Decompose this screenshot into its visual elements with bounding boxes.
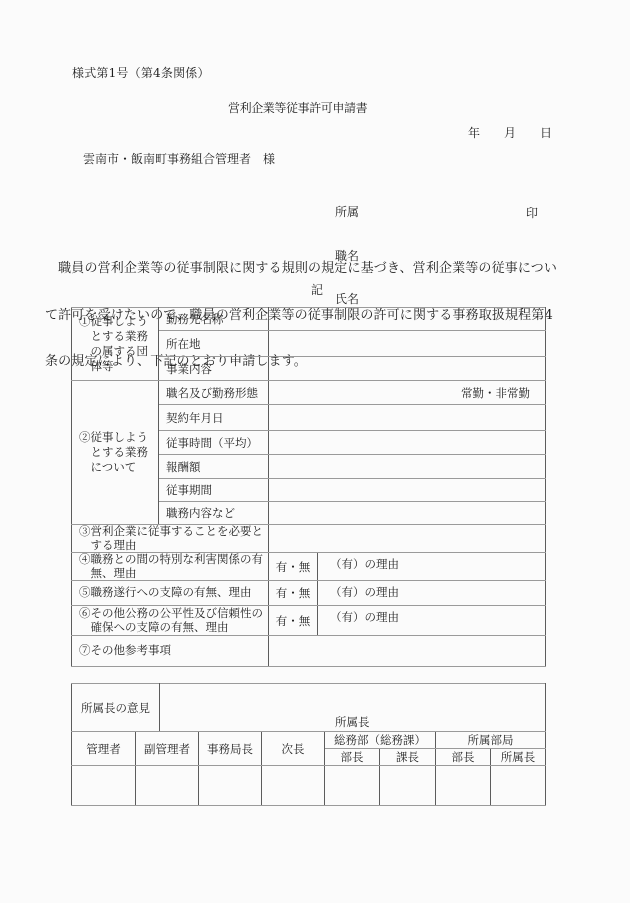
row6-line2: 確保への支障の有無、理由 bbox=[79, 621, 268, 635]
group1-line2: とする業務 bbox=[79, 329, 158, 344]
row6-label-cell: ⑥その他公務の公平性及び信頼性の 確保への支障の有無、理由 bbox=[72, 606, 269, 636]
contract-date-input-cell bbox=[269, 405, 546, 431]
sign-cell-ga-kacho bbox=[380, 766, 436, 806]
engagement-period-input-cell bbox=[269, 479, 546, 502]
group2-line2: とする業務 bbox=[79, 445, 158, 460]
list-heading: 記 bbox=[311, 281, 323, 298]
supervisor-sign-label: 所属長 bbox=[335, 715, 370, 729]
group2-line3: について bbox=[79, 460, 158, 475]
row6-line1: ⑥その他公務の公平性及び信頼性の bbox=[79, 607, 268, 621]
engagement-period-label: 従事期間 bbox=[159, 479, 269, 502]
remuneration-label: 報酬額 bbox=[159, 455, 269, 479]
contract-date-label: 契約年月日 bbox=[159, 405, 269, 431]
duties-input-cell bbox=[269, 502, 546, 525]
row6-yes-no-choice: 有・無 bbox=[269, 606, 318, 636]
location-input-cell bbox=[269, 331, 546, 357]
sign-cell-vice-chief bbox=[262, 766, 325, 806]
header-ga-bucho: 部長 bbox=[325, 749, 380, 766]
header-manager: 管理者 bbox=[72, 732, 136, 766]
group1-label-cell: ①従事しよう とする業務 の属する団 体等 bbox=[72, 308, 159, 381]
work-hours-label: 従事時間（平均） bbox=[159, 431, 269, 455]
header-general-affairs: 総務部（総務課） bbox=[325, 732, 436, 749]
group1-line4: 体等 bbox=[79, 359, 158, 374]
group1-line1: ①従事しよう bbox=[79, 314, 158, 329]
header-vice-chief: 次長 bbox=[262, 732, 325, 766]
date-line: 年 月 日 bbox=[468, 124, 552, 141]
row4-label-cell: ④職務との間の特別な利害関係の有 無、理由 bbox=[72, 553, 269, 581]
header-own-bureau: 所属部局 bbox=[436, 732, 546, 749]
application-form-page: 様式第1号（第4条関係） 営利企業等従事許可申請書 年 月 日 雲南市・飯南町事… bbox=[0, 0, 630, 903]
workplace-name-input-cell bbox=[269, 308, 546, 331]
row7-label-cell: ⑦その他参考事項 bbox=[72, 636, 269, 667]
row3-line1: ③営利企業に従事することを必要と bbox=[79, 525, 268, 539]
row6-reason-cell: （有）の理由 bbox=[318, 606, 546, 636]
header-ob-shozokucho: 所属長 bbox=[491, 749, 546, 766]
seal-mark: 印 bbox=[526, 204, 538, 221]
sign-cell-manager bbox=[72, 766, 136, 806]
row4-line1: ④職務との間の特別な利害関係の有 bbox=[79, 553, 268, 567]
row4-line2: 無、理由 bbox=[79, 567, 268, 581]
remuneration-input-cell bbox=[269, 455, 546, 479]
row5-label-cell: ⑤職務遂行への支障の有無、理由 bbox=[72, 581, 269, 606]
necessity-reason-input-cell bbox=[269, 525, 546, 553]
row5-yes-no-choice: 有・無 bbox=[269, 581, 318, 606]
jobtitle-worktype-label: 職名及び勤務形態 bbox=[159, 381, 269, 405]
other-remarks-input-cell bbox=[269, 636, 546, 667]
location-label: 所在地 bbox=[159, 331, 269, 357]
header-secretary-general: 事務局長 bbox=[199, 732, 262, 766]
sign-cell-ga-bucho bbox=[325, 766, 380, 806]
body-line-1: 職員の営利企業等の従事制限に関する規則の規定に基づき、営利企業等の従事につい bbox=[45, 261, 565, 277]
addressee: 雲南市・飯南町事務組合管理者 様 bbox=[83, 150, 275, 167]
header-ob-bucho: 部長 bbox=[436, 749, 491, 766]
application-details-table: ①従事しよう とする業務 の属する団 体等 勤務先名称 所在地 事業内容 ②従事… bbox=[71, 307, 546, 667]
duties-label: 職務内容など bbox=[159, 502, 269, 525]
header-ga-kacho: 課長 bbox=[380, 749, 436, 766]
supervisor-opinion-input-cell: 所属長 bbox=[160, 684, 546, 732]
row4-yes-no-choice: 有・無 bbox=[269, 553, 318, 581]
form-number: 様式第1号（第4条関係） bbox=[72, 64, 210, 81]
sign-cell-ob-shozokucho bbox=[491, 766, 546, 806]
row4-reason-cell: （有）の理由 bbox=[318, 553, 546, 581]
sign-cell-deputy-manager bbox=[136, 766, 199, 806]
row3-line2: する理由 bbox=[79, 539, 268, 553]
group2-label-cell: ②従事しよう とする業務 について bbox=[72, 381, 159, 525]
supervisor-opinion-label: 所属長の意見 bbox=[72, 684, 160, 732]
sign-cell-secretary-general bbox=[199, 766, 262, 806]
group1-line3: の属する団 bbox=[79, 344, 158, 359]
workplace-name-label: 勤務先名称 bbox=[159, 308, 269, 331]
group2-line1: ②従事しよう bbox=[79, 430, 158, 445]
row3-label-cell: ③営利企業に従事することを必要と する理由 bbox=[72, 525, 269, 553]
worktype-choice: 常勤・非常勤 bbox=[269, 381, 546, 405]
document-title: 営利企業等従事許可申請書 bbox=[228, 99, 367, 116]
business-content-input-cell bbox=[269, 357, 546, 381]
approval-table: 所属長の意見 所属長 管理者 副管理者 事務局長 次長 総務部（総務課） 所属部… bbox=[71, 683, 546, 806]
row5-reason-cell: （有）の理由 bbox=[318, 581, 546, 606]
sign-cell-ob-bucho bbox=[436, 766, 491, 806]
sender-affiliation-label: 所属 bbox=[335, 205, 359, 220]
business-content-label: 事業内容 bbox=[159, 357, 269, 381]
work-hours-input-cell bbox=[269, 431, 546, 455]
header-deputy-manager: 副管理者 bbox=[136, 732, 199, 766]
